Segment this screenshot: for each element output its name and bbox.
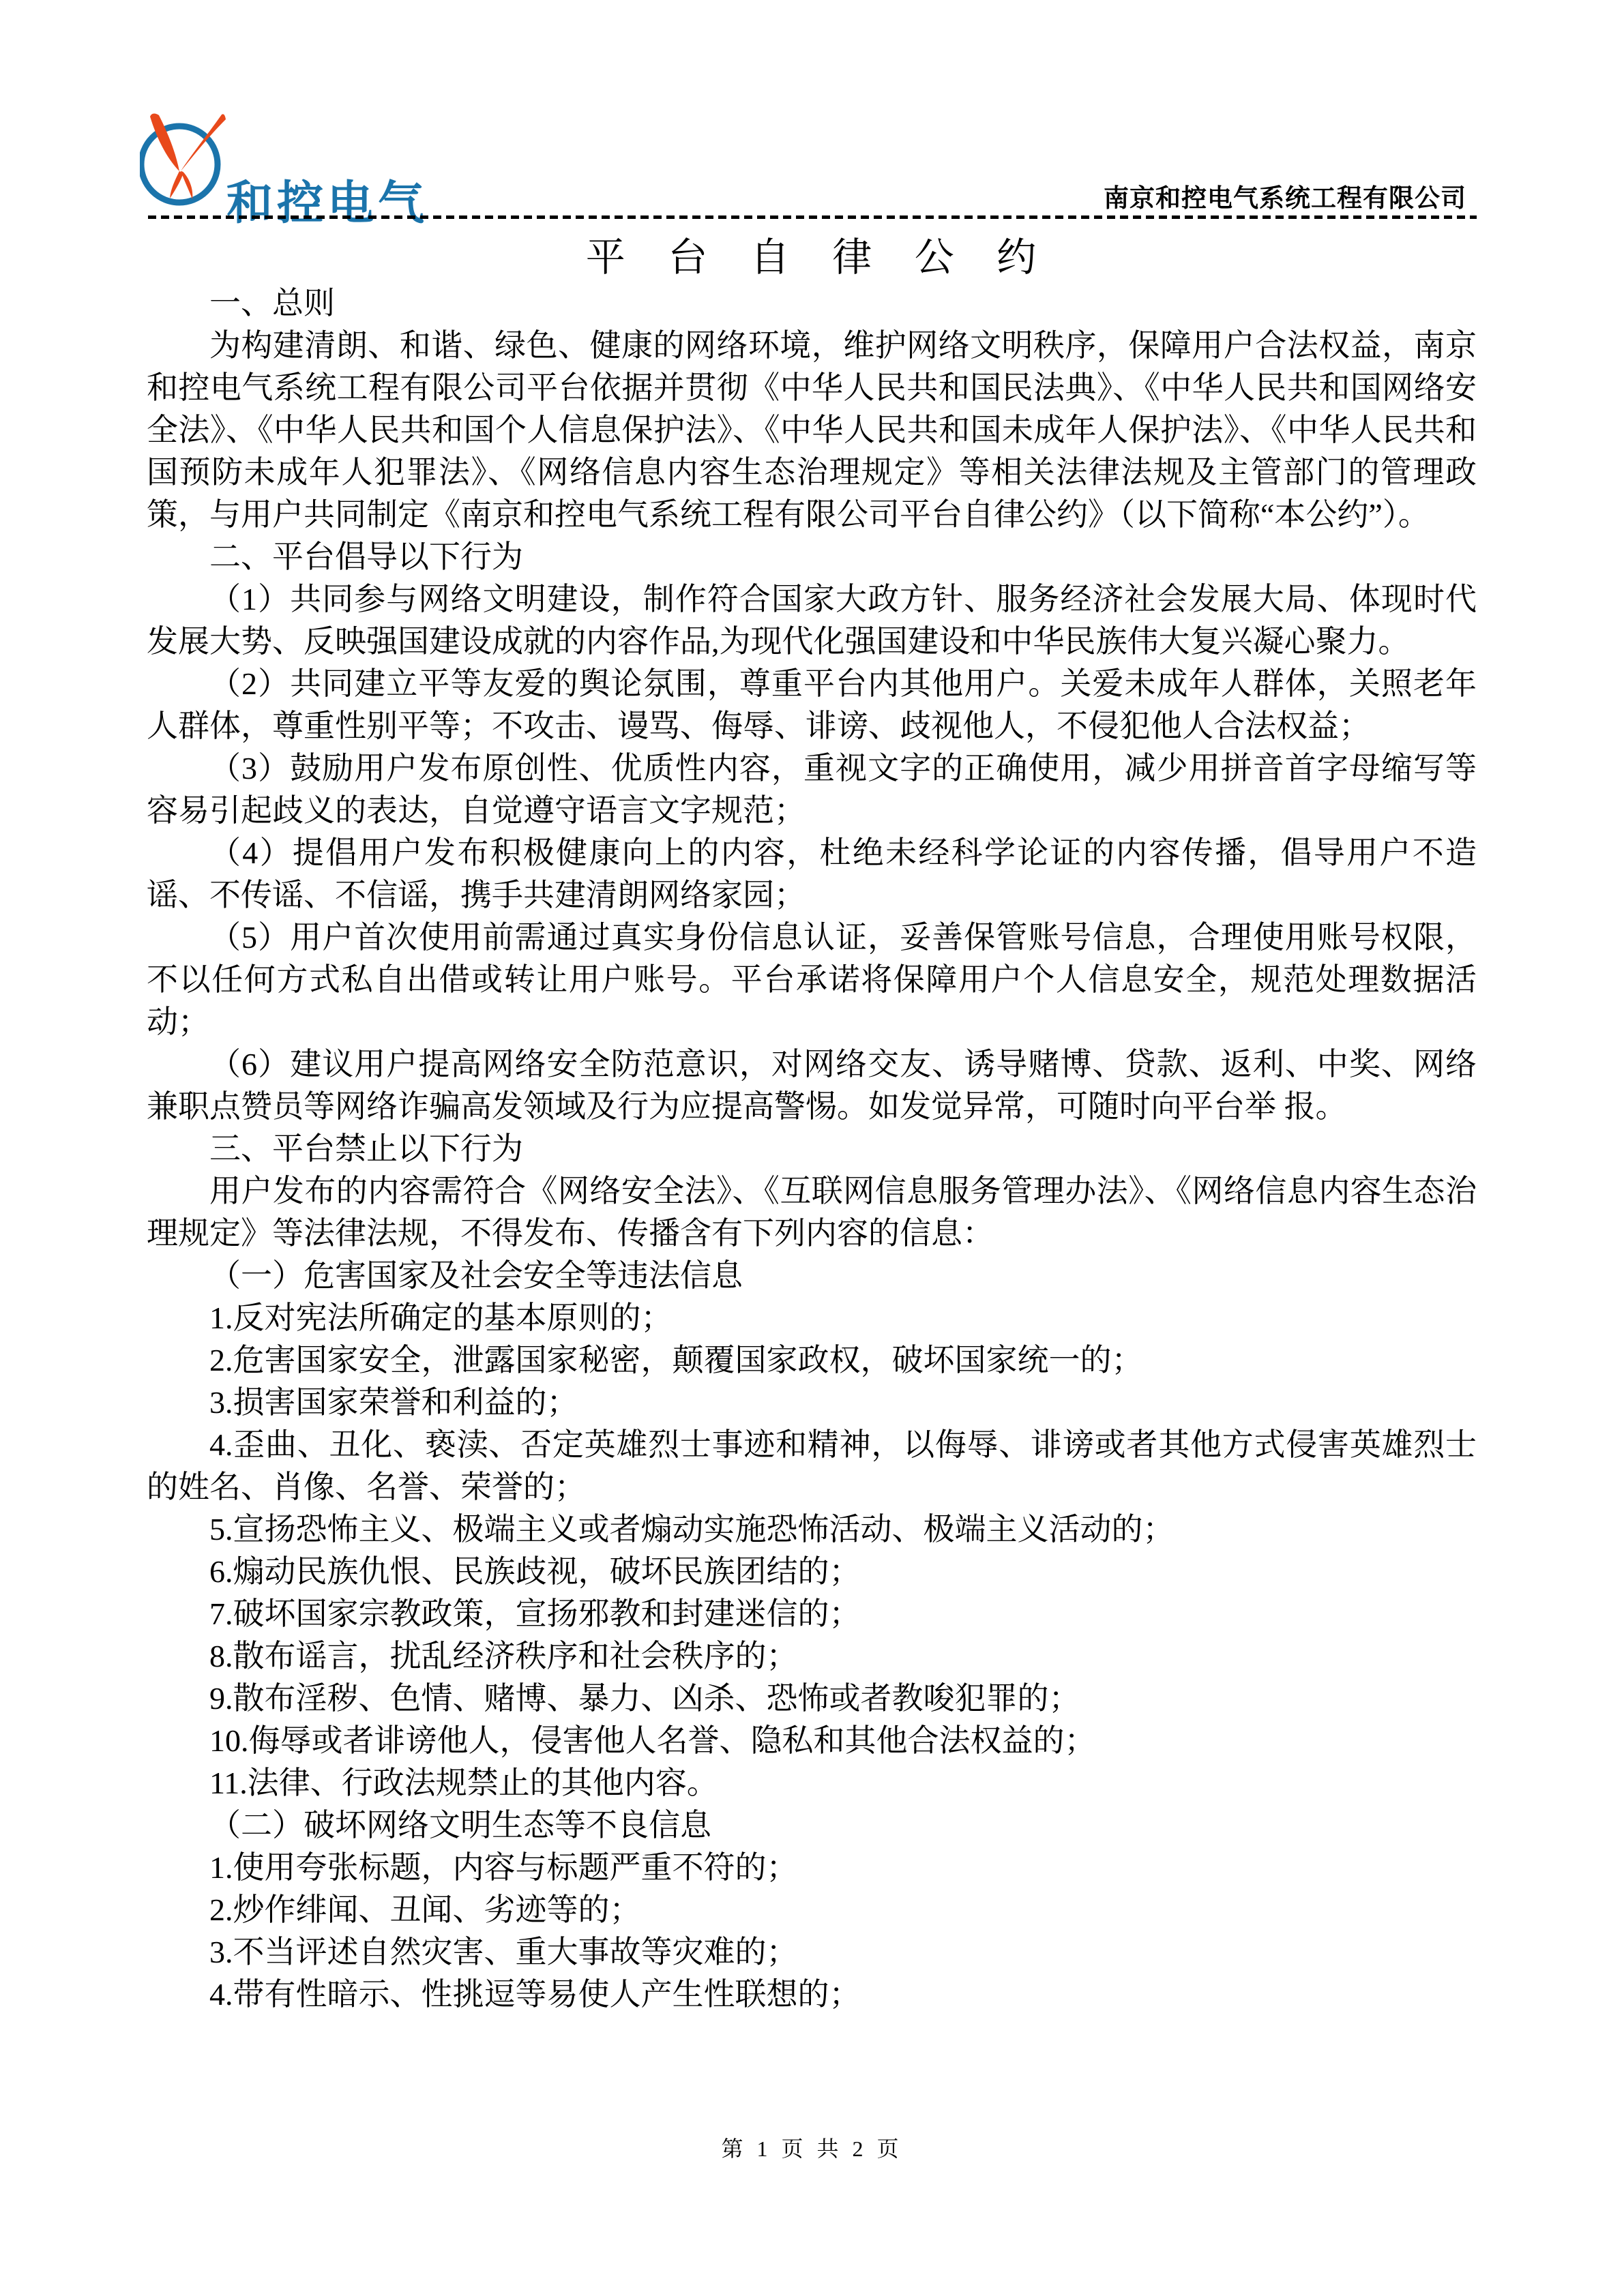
page: 和控电气 南京和控电气系统工程有限公司 平 台 自 律 公 约 一、总则为构建清… — [0, 0, 1624, 2296]
document-body: 一、总则为构建清朗、和谐、绿色、健康的网络环境，维护网络文明秩序，保障用户合法权… — [147, 282, 1477, 2016]
paragraph: 二、平台倡导以下行为 — [147, 536, 1477, 578]
page-number: 第 1 页 共 2 页 — [721, 2136, 902, 2161]
paragraph: 3.不当评述自然灾害、重大事故等灾难的； — [147, 1931, 1477, 1973]
page-footer: 第 1 页 共 2 页 — [0, 2132, 1624, 2163]
paragraph: （4）提倡用户发布积极健康向上的内容，杜绝未经科学论证的内容传播，倡导用户不造谣… — [147, 832, 1477, 916]
paragraph: 1.反对宪法所确定的基本原则的； — [147, 1297, 1477, 1339]
paragraph: （2）共同建立平等友爱的舆论氛围，尊重平台内其他用户。关爱未成年人群体，关照老年… — [147, 663, 1477, 747]
paragraph: 3.损害国家荣誉和利益的； — [147, 1382, 1477, 1424]
paragraph: 4.带有性暗示、性挑逗等易使人产生性联想的； — [147, 1973, 1477, 2016]
paragraph: 2.危害国家安全，泄露国家秘密，颠覆国家政权，破坏国家统一的； — [147, 1339, 1477, 1382]
paragraph: 2.炒作绯闻、丑闻、劣迹等的； — [147, 1889, 1477, 1931]
paragraph: （5）用户首次使用前需通过真实身份信息认证，妥善保管账号信息，合理使用账号权限，… — [147, 916, 1477, 1043]
paragraph: 10.侮辱或者诽谤他人，侵害他人名誉、隐私和其他合法权益的； — [147, 1720, 1477, 1762]
paragraph: （1）共同参与网络文明建设，制作符合国家大政方针、服务经济社会发展大局、体现时代… — [147, 578, 1477, 663]
paragraph: 8.散布谣言，扰乱经济秩序和社会秩序的； — [147, 1635, 1477, 1678]
paragraph: 用户发布的内容需符合《网络安全法》、《互联网信息服务管理办法》、《网络信息内容生… — [147, 1170, 1477, 1255]
paragraph: （二）破坏网络文明生态等不良信息 — [147, 1804, 1477, 1847]
paragraph: （一）危害国家及社会安全等违法信息 — [147, 1255, 1477, 1297]
paragraph: 11.法律、行政法规禁止的其他内容。 — [147, 1762, 1477, 1804]
paragraph: 7.破坏国家宗教政策，宣扬邪教和封建迷信的； — [147, 1593, 1477, 1635]
paragraph: 4.歪曲、丑化、亵渎、否定英雄烈士事迹和精神，以侮辱、诽谤或者其他方式侵害英雄烈… — [147, 1424, 1477, 1508]
paragraph: 5.宣扬恐怖主义、极端主义或者煽动实施恐怖活动、极端主义活动的； — [147, 1508, 1477, 1551]
page-title: 平 台 自 律 公 约 — [0, 225, 1624, 282]
paragraph: （6）建议用户提高网络安全防范意识，对网络交友、诱导赌博、贷款、返利、中奖、网络… — [147, 1043, 1477, 1128]
company-name: 南京和控电气系统工程有限公司 — [1104, 177, 1466, 214]
paragraph: （3）鼓励用户发布原创性、优质性内容，重视文字的正确使用，减少用拼音首字母缩写等… — [147, 747, 1477, 832]
paragraph: 一、总则 — [147, 282, 1477, 325]
paragraph: 1.使用夸张标题，内容与标题严重不符的； — [147, 1847, 1477, 1889]
paragraph: 为构建清朗、和谐、绿色、健康的网络环境，维护网络文明秩序，保障用户合法权益，南京… — [147, 325, 1477, 536]
paragraph: 9.散布淫秽、色情、赌博、暴力、凶杀、恐怖或者教唆犯罪的； — [147, 1678, 1477, 1720]
logo-text: 和控电气 — [226, 166, 428, 233]
header-divider — [148, 215, 1477, 219]
paragraph: 6.煽动民族仇恨、民族歧视，破坏民族团结的； — [147, 1551, 1477, 1593]
paragraph: 三、平台禁止以下行为 — [147, 1128, 1477, 1170]
